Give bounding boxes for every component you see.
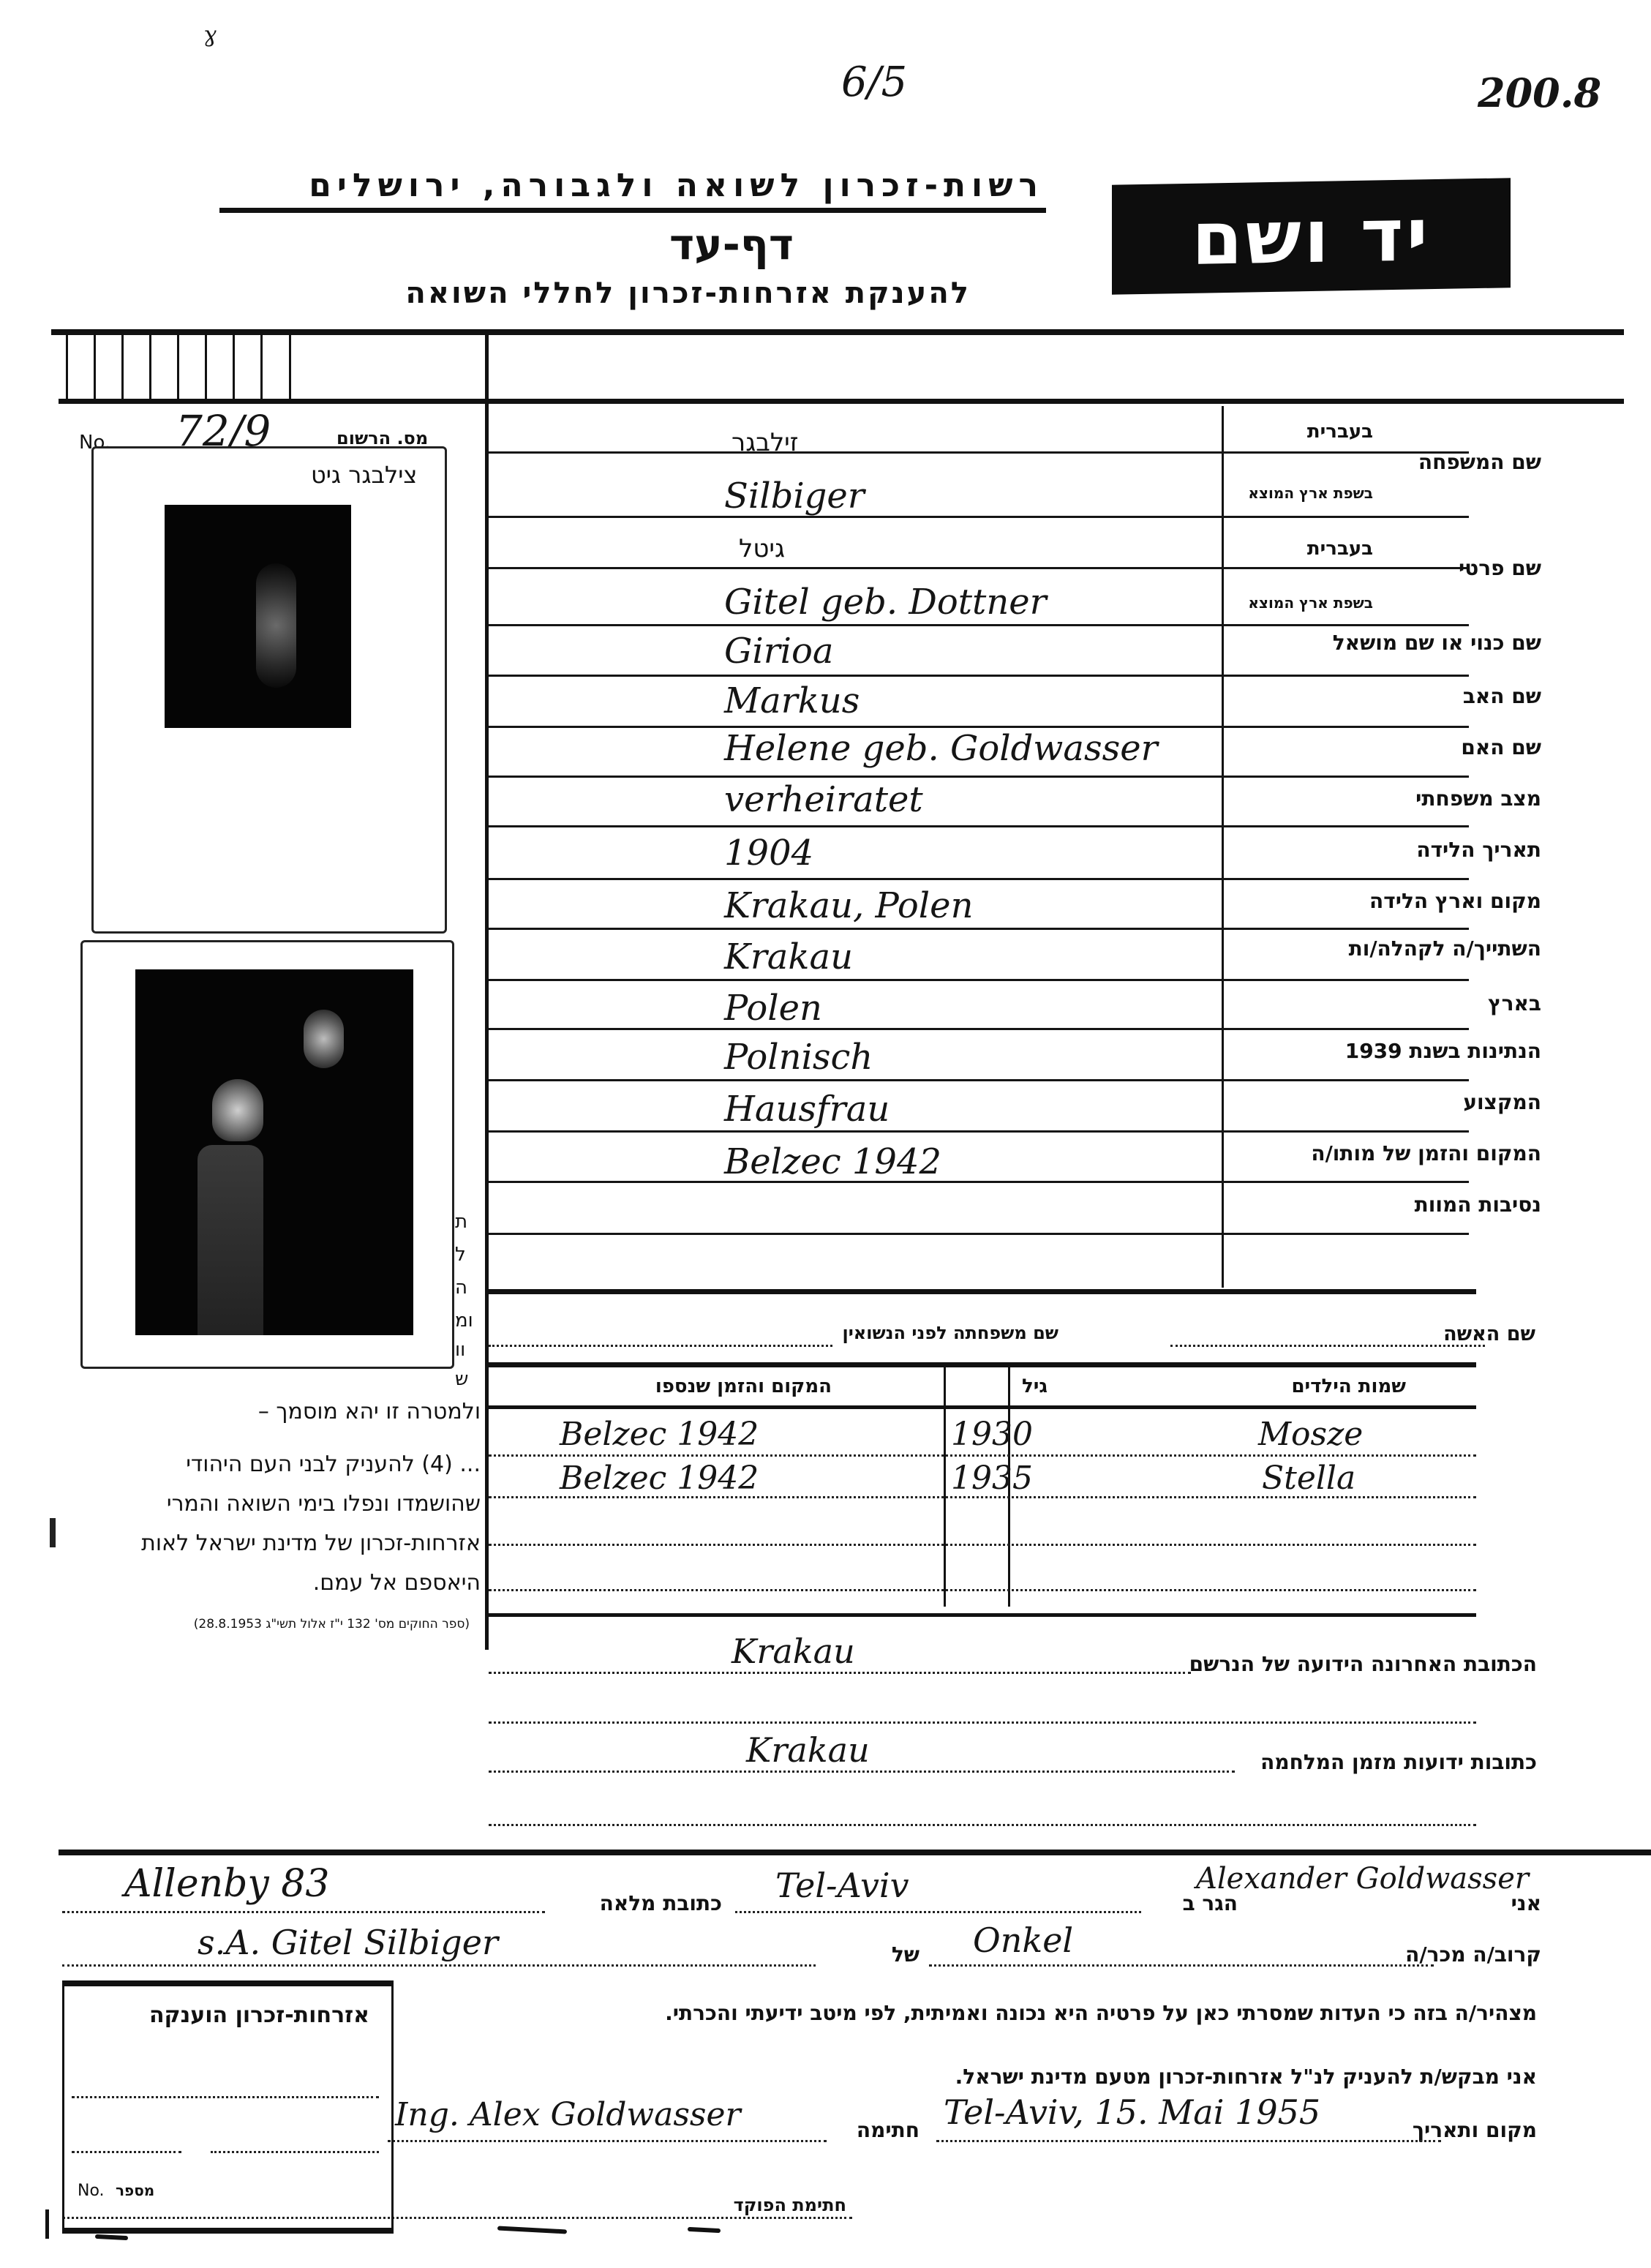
strip-tick [260, 333, 263, 400]
declaration-request: אני מבקש/ת להעניק לנ"ל אזרחות-זכרון מטעם… [955, 2065, 1537, 2089]
address-continuation-line [489, 1824, 1476, 1826]
strip-tick [233, 333, 235, 400]
maiden-name-field[interactable] [489, 1345, 832, 1347]
scan-mark [688, 2227, 721, 2233]
field-line [489, 825, 1469, 827]
law-excerpt: ... (4) להעניק לבני העם היהודי שהושמדו ו… [100, 1445, 481, 1603]
clipped-text: וו [455, 1339, 465, 1361]
children-row-line [489, 1589, 1476, 1591]
binding-mark [45, 2209, 49, 2239]
children-col-divider [944, 1365, 946, 1607]
family-name-hebrew[interactable]: זילבגר [732, 428, 799, 457]
label-mother: שם האם [1461, 735, 1541, 759]
field-line [489, 624, 1469, 626]
first-name-value[interactable]: Gitel geb. Dottner [724, 582, 1047, 623]
label-full-address: כתובת מלאה [600, 1891, 722, 1915]
top-rule [51, 329, 1624, 335]
children-row-line [489, 1454, 1476, 1457]
strip-tick [289, 333, 291, 400]
mother-value[interactable]: Helene geb. Goldwasser [724, 728, 1158, 769]
scan-mark [497, 2226, 567, 2234]
field-line [489, 776, 1469, 778]
label-official-signature: חתימת הפוקד [734, 2195, 846, 2215]
issuing-authority: רשות-זכרון לשואה ולגבורה, ירושלים [309, 167, 1044, 204]
certificate-box: אזרחות-זכרון הוענקה No. מספר [62, 1980, 394, 2234]
family-name-value[interactable]: Silbiger [724, 476, 865, 517]
declarant-signature[interactable]: Ing. Alex Goldwasser [395, 2096, 741, 2133]
yad-vashem-logo: יד ושם [1112, 178, 1511, 295]
strip-tick [177, 333, 179, 400]
corner-mark: ɣ [203, 22, 217, 48]
death-place-time-value[interactable]: Belzec 1942 [724, 1141, 941, 1182]
label-death-place-time: המקום והזמן של מותו/ה [1311, 1141, 1541, 1165]
label-column-divider [1222, 406, 1224, 1288]
profession-value[interactable]: Hausfrau [724, 1089, 890, 1130]
child-place-time[interactable]: Belzec 1942 [560, 1460, 759, 1497]
city-line [735, 1911, 1141, 1913]
header-children-names: שמות הילדים [1291, 1375, 1406, 1397]
strip-tick [94, 333, 96, 400]
portrait-photo [165, 505, 351, 728]
child-age[interactable]: 1935 [951, 1460, 1033, 1497]
clipped-text: ל [455, 1244, 466, 1266]
full-address-line [62, 1911, 545, 1913]
sub-label-hebrew: בעברית [1307, 421, 1373, 443]
children-table-bottom [489, 1613, 1476, 1617]
label-signature: חתימה [857, 2118, 919, 2142]
nationality-value[interactable]: Polnisch [724, 1037, 873, 1078]
sub-label-hebrew: בעברית [1307, 538, 1373, 560]
label-last-address: הכתובת האחרונה הידועה של הנרשם [1189, 1652, 1537, 1676]
form-title: דף-עד [622, 219, 841, 269]
child-place-time[interactable]: Belzec 1942 [560, 1416, 759, 1453]
form-subtitle: להענקת אזרחות-זכרון לחללי השואה [405, 277, 971, 310]
scan-mark [95, 2234, 128, 2240]
authority-underline [219, 208, 1046, 213]
of-person-value[interactable]: s.A. Gitel Silbiger [198, 1923, 498, 1962]
label-country: בארץ [1488, 991, 1541, 1015]
label-place-date: מקום ותאריך [1413, 2118, 1537, 2142]
children-header-rule [489, 1405, 1476, 1409]
certificate-line [211, 2151, 379, 2153]
place-date-line [936, 2140, 1441, 2142]
last-address-value[interactable]: Krakau [732, 1631, 855, 1671]
last-address-line [489, 1672, 1191, 1674]
label-of: של [892, 1942, 919, 1967]
children-table-top [489, 1362, 1476, 1367]
strip-tick [121, 333, 124, 400]
declarant-name[interactable]: Alexander Goldwasser [1196, 1862, 1529, 1896]
field-line [489, 1079, 1469, 1081]
label-wife-name: שם האשה [1443, 1323, 1535, 1345]
field-line [489, 878, 1469, 880]
wartime-address-value[interactable]: Krakau [746, 1730, 870, 1770]
wife-name-field[interactable] [1170, 1345, 1485, 1347]
label-resides: הגר ב [1183, 1891, 1238, 1915]
field-line [489, 567, 1469, 569]
family-photo [135, 969, 413, 1335]
certificate-number-label-he: מספר [116, 2182, 154, 2199]
label-alias: שם כנוי או שם מושאל [1333, 631, 1541, 655]
certificate-line [72, 2096, 379, 2098]
field-line [489, 1130, 1469, 1133]
sub-label-local: בשפת ארץ המוצא [1248, 594, 1373, 612]
relation-line [929, 1964, 1434, 1967]
label-community: השתייך/ה לקהלה/ות [1349, 936, 1541, 961]
full-address-value[interactable]: Allenby 83 [124, 1862, 329, 1906]
declaration-divider [59, 1850, 1651, 1855]
address-continuation-line [489, 1721, 1476, 1724]
header-age: גיל [1022, 1375, 1048, 1397]
field-line [489, 979, 1469, 981]
clipped-text: ומ [455, 1310, 473, 1332]
first-name-hebrew[interactable]: גיטל [739, 534, 785, 563]
field-line [489, 1181, 1469, 1183]
certificate-title: אזרחות-זכרון הוענקה [149, 2002, 369, 2028]
wartime-address-line [489, 1771, 1235, 1773]
marital-status-value[interactable]: verheiratet [724, 779, 923, 820]
law-excerpt-intro: ולמטרה זו יהא מוסמך – [258, 1399, 481, 1424]
label-nationality-1939: הנתינות בשנת 1939 [1345, 1039, 1541, 1063]
label-first-name: שם פרטי [1459, 556, 1541, 580]
declaration-statement: מצהיר/ה בזה כי העדות שמסרתי כאן על פרטיה… [665, 2001, 1537, 2025]
label-maiden-name: שם משפחתה לפני הנשואין [842, 1323, 1058, 1343]
community-value[interactable]: Krakau [724, 936, 853, 977]
section-divider [489, 1289, 1476, 1294]
label-relation: קרוב/ה מכר/ה [1405, 1942, 1541, 1967]
sub-label-local: בשפת ארץ המוצא [1248, 484, 1373, 502]
field-line [489, 1233, 1469, 1235]
strip-tick [205, 333, 207, 400]
label-birth-date: תאריך הלידה [1416, 838, 1541, 862]
child-age[interactable]: 1930 [951, 1416, 1033, 1453]
strip-tick [66, 333, 68, 400]
field-line [489, 675, 1469, 677]
label-birth-place: מקום וארץ הלידה [1369, 889, 1541, 913]
label-father: שם האב [1463, 684, 1541, 708]
logo-text: יד ושם [1192, 192, 1431, 282]
place-date-value[interactable]: Tel-Aviv, 15. Mai 1955 [944, 2092, 1320, 2132]
column-divider [485, 333, 489, 1650]
child-name[interactable]: Stella [1262, 1460, 1355, 1497]
archive-number: 200.8 [1478, 70, 1601, 116]
relation-value[interactable]: Onkel [973, 1920, 1073, 1960]
child-name[interactable]: Mosze [1258, 1416, 1363, 1453]
clipped-text: ת [455, 1211, 467, 1233]
field-line [489, 451, 1469, 454]
label-marital-status: מצב משפחתי [1415, 786, 1541, 811]
page-reference: 6/5 [841, 59, 907, 106]
of-person-line [62, 1964, 816, 1967]
label-death-circumstances: נסיבות המוות [1415, 1193, 1541, 1217]
strip-tick [149, 333, 151, 400]
birth-date-value[interactable]: 1904 [724, 833, 813, 874]
children-row-line [489, 1544, 1476, 1546]
law-reference: (ספר החוקים מס' 132 י"ז אלול תשי"ג 28.8.… [194, 1617, 470, 1631]
birth-place-value[interactable]: Krakau, Polen [724, 885, 973, 926]
field-line [489, 1028, 1469, 1030]
father-value[interactable]: Markus [724, 680, 860, 721]
certificate-number-label-en: No. [78, 2182, 105, 2200]
binding-mark [50, 1518, 56, 1547]
alias-value[interactable]: Girioa [724, 631, 834, 672]
clipped-text: ש [455, 1368, 468, 1390]
clipped-text: ה [455, 1277, 467, 1299]
field-line [489, 516, 1469, 518]
label-family-name: שם המשפחה [1418, 450, 1541, 474]
photo-annotation: צילבגר גיט [311, 461, 417, 489]
field-line [489, 928, 1469, 930]
city-value[interactable]: Tel-Aviv [775, 1866, 909, 1905]
label-profession: המקצוע [1463, 1090, 1541, 1114]
top-rule-lower [59, 399, 1624, 404]
registration-label-he: מס. הרשום [336, 428, 428, 448]
signature-line [388, 2140, 827, 2142]
certificate-line [72, 2151, 181, 2153]
country-value[interactable]: Polen [724, 988, 822, 1029]
label-wartime-address: כתובות ידועות מזמן המלחמה [1260, 1750, 1537, 1774]
header-place-time: המקום והזמן שנספו [655, 1375, 832, 1397]
